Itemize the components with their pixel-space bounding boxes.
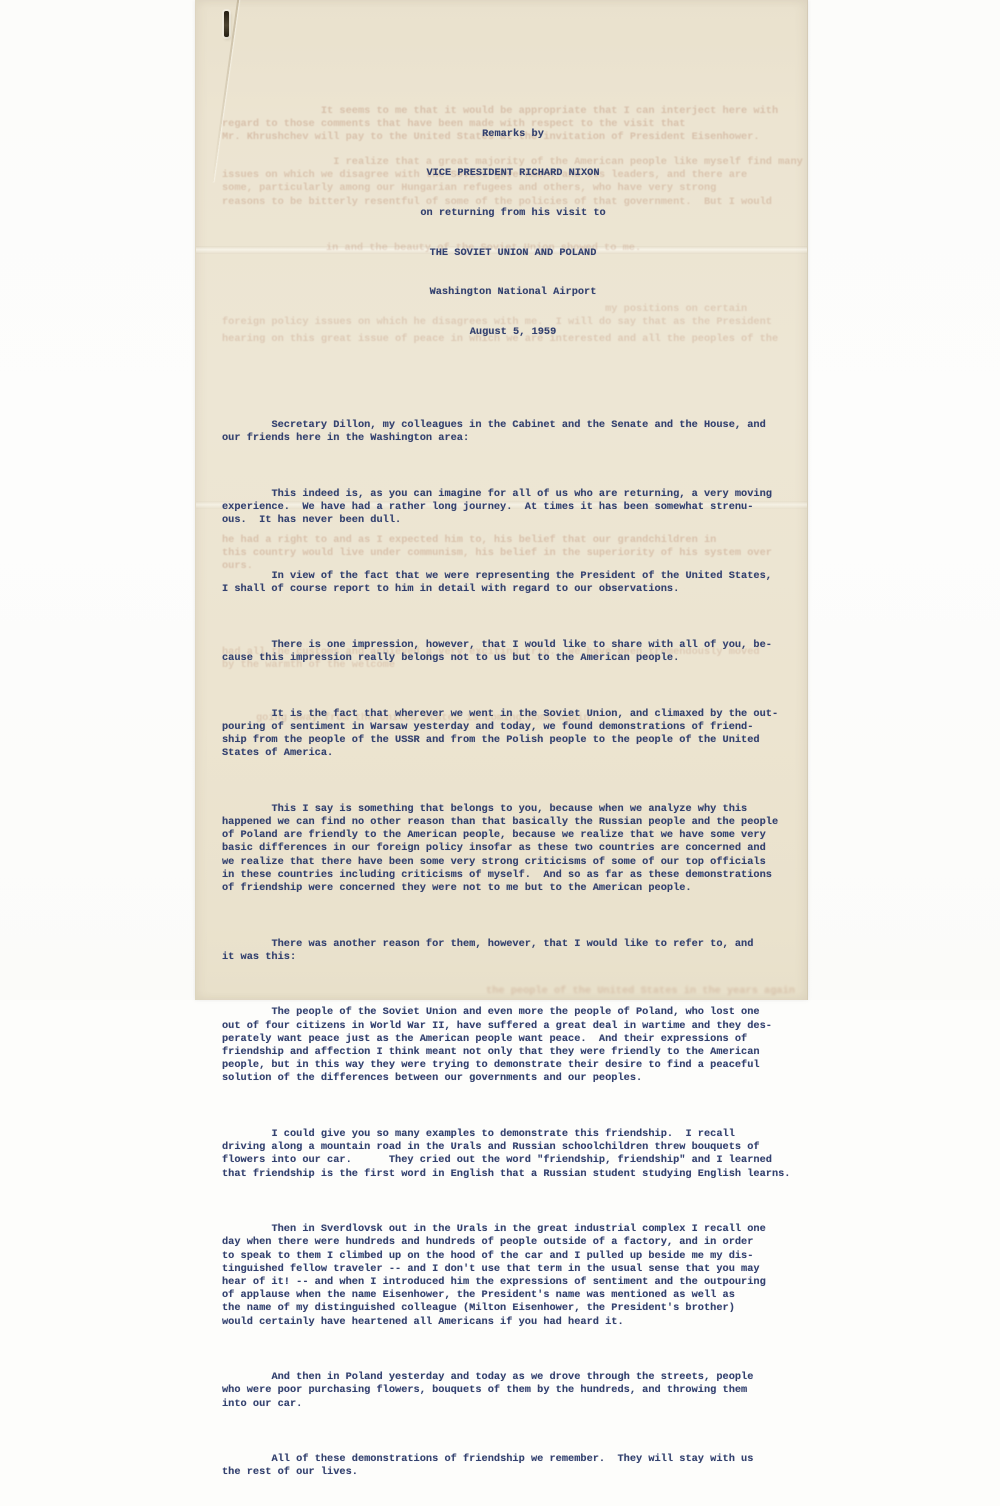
header-line-occasion: on returning from his visit to (222, 207, 804, 220)
speech-paragraph: There was another reason for them, howev… (222, 938, 804, 964)
speech-paragraph: This I say is something that belongs to … (222, 803, 804, 895)
speech-paragraph: It is the fact that wherever we went in … (222, 708, 804, 761)
speech-paragraph: This indeed is, as you can imagine for a… (222, 488, 804, 528)
header-line-speaker: VICE PRESIDENT RICHARD NIXON (222, 167, 804, 180)
staple-mark (224, 11, 229, 37)
header-line-subject: THE SOVIET UNION AND POLAND (222, 247, 804, 260)
speech-paragraph: There is one impression, however, that I… (222, 639, 804, 665)
header-line-date: August 5, 1959 (222, 326, 804, 339)
header-line-location: Washington National Airport (222, 286, 804, 299)
document-sheet: It seems to me that it would be appropri… (195, 0, 808, 1000)
speech-paragraph: In view of the fact that we were represe… (222, 570, 804, 596)
speech-paragraph-salutation: Secretary Dillon, my colleagues in the C… (222, 419, 804, 445)
header-line-remarks-by: Remarks by (222, 128, 804, 141)
document-body: Remarks by VICE PRESIDENT RICHARD NIXON … (222, 75, 804, 1000)
document-header: Remarks by VICE PRESIDENT RICHARD NIXON … (222, 101, 804, 365)
